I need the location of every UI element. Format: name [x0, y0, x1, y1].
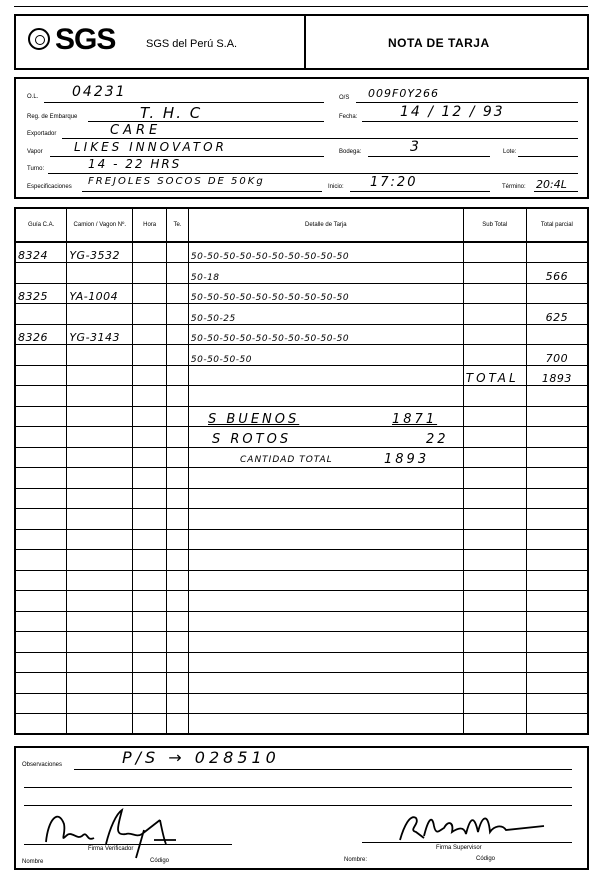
- tarja-table: Guía C.A. Camion / Vagon Nº. Hora Te. De…: [14, 207, 589, 735]
- especificaciones-label: Especificaciones: [27, 184, 72, 190]
- especificaciones-line: [82, 191, 322, 192]
- cell-empty: [67, 652, 133, 673]
- table-row-empty: [15, 611, 588, 632]
- cell-empty: [526, 693, 588, 714]
- cell-empty: [15, 509, 67, 530]
- cell-hora: [133, 304, 167, 325]
- cell-empty: [133, 447, 167, 468]
- cell-empty: [15, 714, 67, 735]
- table-row-empty: [15, 632, 588, 653]
- cell-hora: [133, 263, 167, 284]
- cell-te: [167, 324, 189, 345]
- cell-empty: [463, 427, 526, 448]
- cell-camion: YG-3532: [67, 242, 133, 263]
- cell-te: [167, 365, 189, 386]
- cell-empty: [188, 570, 463, 591]
- cell-te: [167, 345, 189, 366]
- cell-te: [167, 304, 189, 325]
- cell-empty: [526, 529, 588, 550]
- bodega-line: [368, 156, 490, 157]
- cell-empty: [67, 509, 133, 530]
- cell-hora: [133, 324, 167, 345]
- bodega-value: 3: [410, 139, 421, 155]
- reg-embarque-label: Reg. de Embarque: [27, 114, 77, 120]
- cell-empty: [133, 488, 167, 509]
- cell-empty: [463, 570, 526, 591]
- cell-empty: [67, 550, 133, 571]
- table-row: 50-50-25 625: [15, 304, 588, 325]
- cell-empty: [526, 447, 588, 468]
- cell-empty: [15, 652, 67, 673]
- cell-empty: [526, 488, 588, 509]
- inicio-value: 17:20: [370, 175, 417, 190]
- os-label: O/S: [339, 95, 349, 101]
- cell-total-parcial: 700: [526, 345, 588, 366]
- cell-empty: [67, 427, 133, 448]
- exportador-label: Exportador: [27, 131, 56, 137]
- cell-detalle: 50-50-25: [188, 304, 463, 325]
- cell-empty: [167, 714, 189, 735]
- cell-empty: [67, 529, 133, 550]
- cell-empty: [15, 632, 67, 653]
- cell-empty: [167, 632, 189, 653]
- cell-detalle: [188, 365, 463, 386]
- col-total-parcial: Total parcial: [526, 208, 588, 242]
- cell-detalle: 50-18: [188, 263, 463, 284]
- top-rule: [14, 6, 588, 7]
- cell-empty: [463, 591, 526, 612]
- table-row: 50-50-50-50 700: [15, 345, 588, 366]
- cell-subtotal: [463, 283, 526, 304]
- cell-empty: [526, 714, 588, 735]
- cell-empty: [133, 693, 167, 714]
- table-row-empty: [15, 488, 588, 509]
- cell-guia: [15, 263, 67, 284]
- cell-empty: [188, 386, 463, 407]
- cell-empty: [15, 386, 67, 407]
- cell-empty: [133, 427, 167, 448]
- observaciones-value: P/S → 028510: [122, 748, 280, 767]
- cell-empty: [463, 611, 526, 632]
- cell-empty: [67, 447, 133, 468]
- cell-empty: [15, 468, 67, 489]
- cell-empty: [167, 693, 189, 714]
- cell-hora: [133, 345, 167, 366]
- cell-empty: [133, 468, 167, 489]
- cell-empty: [67, 386, 133, 407]
- cell-total-parcial: [526, 324, 588, 345]
- reg-embarque-line: [88, 121, 324, 122]
- os-value: 009F0Y266: [368, 87, 439, 100]
- cell-empty: [188, 550, 463, 571]
- table-row-empty: [15, 406, 588, 427]
- cell-guia: [15, 345, 67, 366]
- cell-guia: 8325: [15, 283, 67, 304]
- termino-value: 20:4L: [536, 178, 567, 191]
- cell-empty: [188, 509, 463, 530]
- cell-empty: [463, 488, 526, 509]
- observaciones-line-2: [24, 787, 572, 788]
- cell-empty: [188, 591, 463, 612]
- cell-empty: [67, 714, 133, 735]
- cell-empty: [15, 673, 67, 694]
- cell-empty: [167, 611, 189, 632]
- cell-empty: [15, 570, 67, 591]
- buenos-value: 1871: [392, 412, 437, 427]
- cell-empty: [526, 673, 588, 694]
- table-row-empty: [15, 673, 588, 694]
- table-row: 8325 YA-1004 50-50-50-50-50-50-50-50-50-…: [15, 283, 588, 304]
- table-row-empty: [15, 591, 588, 612]
- supervisor-signature: [394, 806, 554, 846]
- cell-empty: [133, 570, 167, 591]
- termino-label: Término:: [502, 184, 526, 190]
- reg-embarque-value: T. H. C: [140, 104, 202, 122]
- cell-empty: [463, 673, 526, 694]
- cell-empty: [167, 447, 189, 468]
- cell-empty: [526, 550, 588, 571]
- total-label: TOTAL: [463, 365, 526, 386]
- cell-detalle: 50-50-50-50-50-50-50-50-50-50: [188, 324, 463, 345]
- turno-line: [48, 173, 578, 174]
- cell-empty: [167, 386, 189, 407]
- cell-empty: [67, 570, 133, 591]
- cell-empty: [526, 570, 588, 591]
- table-row-empty: [15, 386, 588, 407]
- cell-total-parcial: 566: [526, 263, 588, 284]
- bodega-label: Bodega:: [339, 149, 361, 155]
- cell-empty: [463, 632, 526, 653]
- sgs-globe-icon: [28, 28, 50, 50]
- table-row-empty: [15, 714, 588, 735]
- table-row-empty: [15, 652, 588, 673]
- inicio-line: [350, 191, 490, 192]
- nombre-label-2: Nombre:: [344, 857, 367, 863]
- cell-empty: [188, 632, 463, 653]
- turno-value: 14 - 22 HRS: [88, 157, 181, 171]
- termino-line: [534, 191, 578, 192]
- cell-empty: [463, 468, 526, 489]
- observaciones-label: Observaciones: [22, 762, 62, 768]
- cell-empty: [133, 714, 167, 735]
- cell-empty: [188, 673, 463, 694]
- cell-guia: 8326: [15, 324, 67, 345]
- cell-empty: [167, 591, 189, 612]
- firma-verificador-label: Firma Verificador: [88, 846, 133, 852]
- cell-camion: [67, 263, 133, 284]
- rotos-label: S ROTOS: [212, 432, 291, 447]
- cell-empty: [188, 488, 463, 509]
- grand-total: 1893: [526, 365, 588, 386]
- header-divider: [304, 14, 306, 70]
- cell-te: [167, 263, 189, 284]
- cell-total-parcial: 625: [526, 304, 588, 325]
- cell-empty: [188, 611, 463, 632]
- cell-empty: [133, 406, 167, 427]
- cell-guia: 8324: [15, 242, 67, 263]
- cell-empty: [463, 509, 526, 530]
- cell-hora: [133, 283, 167, 304]
- col-hora: Hora: [133, 208, 167, 242]
- cell-total-parcial: [526, 242, 588, 263]
- cell-te: [167, 242, 189, 263]
- cantidad-total-label: CANTIDAD TOTAL: [240, 455, 333, 465]
- cell-empty: [133, 509, 167, 530]
- cell-empty: [167, 406, 189, 427]
- cell-total-parcial: [526, 283, 588, 304]
- codigo-label: Código: [150, 858, 169, 864]
- table-row-empty: [15, 693, 588, 714]
- lote-line: [518, 156, 578, 157]
- cell-empty: [526, 611, 588, 632]
- table-row-empty: [15, 570, 588, 591]
- cell-empty: [133, 591, 167, 612]
- cell-empty: [167, 529, 189, 550]
- cell-empty: [463, 693, 526, 714]
- table-row: 50-18 566: [15, 263, 588, 284]
- cell-empty: [188, 714, 463, 735]
- cell-empty: [463, 386, 526, 407]
- document-title: NOTA DE TARJA: [388, 36, 490, 50]
- cell-empty: [167, 652, 189, 673]
- exportador-value: CARE: [110, 123, 161, 138]
- ol-value: 04231: [72, 84, 127, 100]
- cell-empty: [463, 714, 526, 735]
- col-te: Te.: [167, 208, 189, 242]
- cell-empty: [67, 693, 133, 714]
- cell-empty: [463, 652, 526, 673]
- cell-subtotal: [463, 304, 526, 325]
- cell-camion: YG-3143: [67, 324, 133, 345]
- cell-empty: [15, 529, 67, 550]
- cell-empty: [188, 652, 463, 673]
- cell-empty: [133, 673, 167, 694]
- cell-empty: [67, 632, 133, 653]
- cell-empty: [133, 611, 167, 632]
- cell-empty: [463, 406, 526, 427]
- cantidad-total-value: 1893: [384, 452, 429, 467]
- cell-guia: [15, 304, 67, 325]
- fecha-line: [362, 121, 578, 122]
- cell-empty: [526, 386, 588, 407]
- cell-empty: [167, 673, 189, 694]
- cell-empty: [67, 468, 133, 489]
- table-row-empty: [15, 427, 588, 448]
- cell-te: [167, 283, 189, 304]
- cell-subtotal: [463, 345, 526, 366]
- cell-empty: [15, 611, 67, 632]
- cell-detalle: 50-50-50-50-50-50-50-50-50-50: [188, 242, 463, 263]
- col-detalle: Detalle de Tarja: [188, 208, 463, 242]
- cell-empty: [167, 509, 189, 530]
- cell-empty: [67, 673, 133, 694]
- cell-empty: [67, 611, 133, 632]
- nombre-label: Nombre: [22, 859, 43, 865]
- cell-empty: [133, 550, 167, 571]
- cell-guia: [15, 365, 67, 386]
- cell-empty: [133, 529, 167, 550]
- cell-empty: [67, 488, 133, 509]
- cell-empty: [526, 632, 588, 653]
- cell-detalle: 50-50-50-50: [188, 345, 463, 366]
- vapor-value: LIKES INNOVATOR: [74, 140, 227, 154]
- cell-hora: [133, 365, 167, 386]
- table-header-row: Guía C.A. Camion / Vagon Nº. Hora Te. De…: [15, 208, 588, 242]
- cell-empty: [15, 488, 67, 509]
- cell-empty: [463, 447, 526, 468]
- cell-empty: [463, 550, 526, 571]
- company-name: SGS del Perú S.A.: [146, 38, 237, 50]
- cell-camion: [67, 304, 133, 325]
- col-guia: Guía C.A.: [15, 208, 67, 242]
- cell-empty: [188, 529, 463, 550]
- table-row: 8324 YG-3532 50-50-50-50-50-50-50-50-50-…: [15, 242, 588, 263]
- ol-line: [44, 102, 324, 103]
- cell-camion: YA-1004: [67, 283, 133, 304]
- vapor-label: Vapor: [27, 149, 43, 155]
- cell-empty: [463, 529, 526, 550]
- cell-empty: [15, 591, 67, 612]
- cell-empty: [133, 386, 167, 407]
- table-row-empty: [15, 468, 588, 489]
- cell-empty: [526, 468, 588, 489]
- observaciones-line-1: [74, 769, 572, 770]
- fecha-value: 14 / 12 / 93: [400, 104, 505, 120]
- cell-camion: [67, 345, 133, 366]
- cell-camion: [67, 365, 133, 386]
- inicio-label: Inicio:: [328, 184, 344, 190]
- supervisor-sign-line: [362, 842, 572, 843]
- cell-empty: [15, 427, 67, 448]
- os-line: [356, 102, 578, 103]
- cell-empty: [133, 632, 167, 653]
- cell-empty: [167, 570, 189, 591]
- cell-subtotal: [463, 324, 526, 345]
- especificaciones-value: FREJOLES SOCOS DE 50Kg: [88, 176, 265, 187]
- col-camion: Camion / Vagon Nº.: [67, 208, 133, 242]
- cell-empty: [526, 427, 588, 448]
- table-row-empty: [15, 509, 588, 530]
- cell-empty: [167, 488, 189, 509]
- cell-subtotal: [463, 242, 526, 263]
- buenos-label: S BUENOS: [208, 412, 299, 427]
- table-row-total: TOTAL 1893: [15, 365, 588, 386]
- cell-empty: [67, 591, 133, 612]
- cell-empty: [526, 652, 588, 673]
- cell-empty: [15, 447, 67, 468]
- cell-empty: [67, 406, 133, 427]
- table-row-empty: [15, 529, 588, 550]
- exportador-line: [62, 138, 578, 139]
- cell-empty: [15, 406, 67, 427]
- table-row-empty: [15, 550, 588, 571]
- table-row: 8326 YG-3143 50-50-50-50-50-50-50-50-50-…: [15, 324, 588, 345]
- firma-supervisor-label: Firma Supervisor: [436, 845, 482, 851]
- cell-empty: [188, 693, 463, 714]
- sgs-logo: SGS: [55, 23, 115, 57]
- rotos-value: 22: [426, 432, 449, 447]
- turno-label: Turno:: [27, 166, 44, 172]
- cell-empty: [526, 406, 588, 427]
- col-subtotal: Sub Total: [463, 208, 526, 242]
- cell-detalle: 50-50-50-50-50-50-50-50-50-50: [188, 283, 463, 304]
- cell-subtotal: [463, 263, 526, 284]
- cell-empty: [167, 427, 189, 448]
- cell-empty: [15, 693, 67, 714]
- cell-empty: [526, 509, 588, 530]
- lote-label: Lote:: [503, 149, 516, 155]
- cell-hora: [133, 242, 167, 263]
- verificador-sign-line: [24, 844, 232, 845]
- codigo-label-2: Código: [476, 856, 495, 862]
- cell-empty: [188, 468, 463, 489]
- cell-empty: [167, 550, 189, 571]
- cell-empty: [526, 591, 588, 612]
- cell-empty: [133, 652, 167, 673]
- ol-label: O.L.: [27, 94, 38, 100]
- cell-empty: [167, 468, 189, 489]
- fecha-label: Fecha:: [339, 114, 357, 120]
- cell-empty: [15, 550, 67, 571]
